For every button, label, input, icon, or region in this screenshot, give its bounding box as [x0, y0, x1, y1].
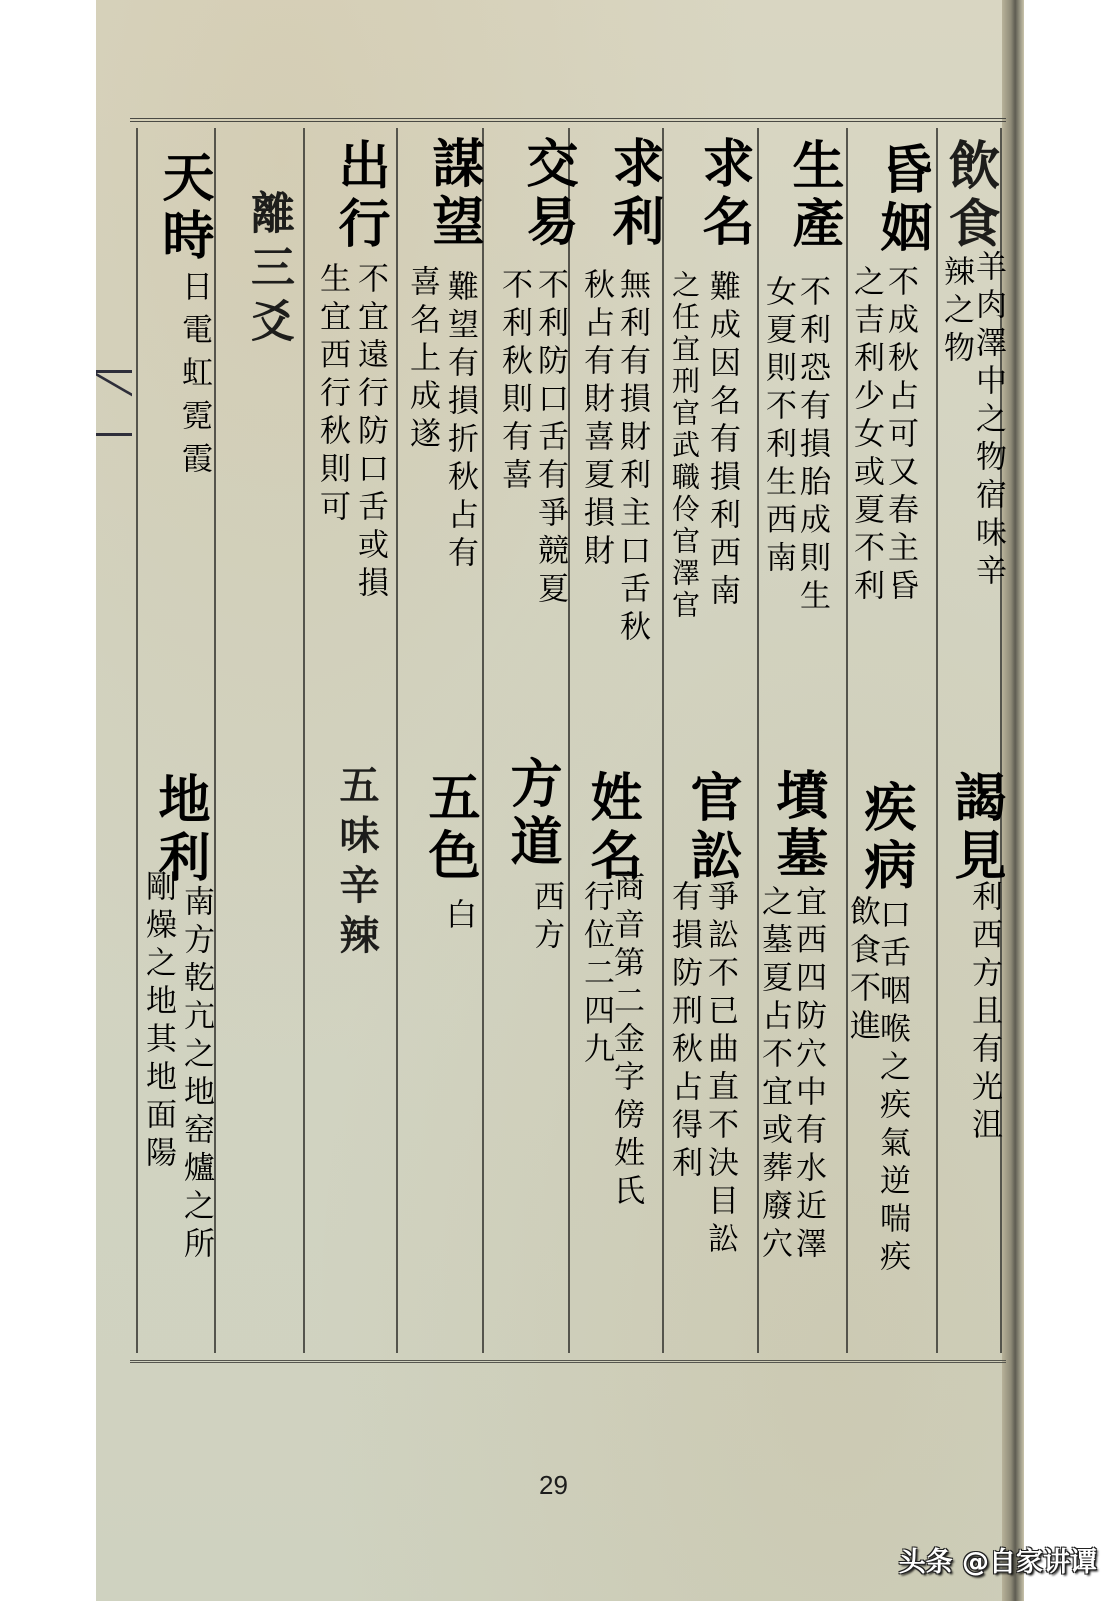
entry-text: 之墓夏占不宜或葬廢穴: [752, 885, 797, 1335]
entry-yinshi: 飲食: [934, 138, 1004, 254]
column-rule: [396, 128, 398, 1353]
section-title-li-san-yao: 離三爻: [236, 190, 300, 352]
entry-text: 喜名上成遂: [400, 265, 445, 545]
entry-text: 女夏則不利生西南: [756, 275, 801, 675]
entry-text: 之吉利少女或夏不利: [844, 265, 889, 685]
entry-text: 辣之物: [934, 255, 979, 455]
entry-heading: 方道: [494, 756, 569, 872]
entry-heading: 謁見: [938, 770, 1013, 886]
entry-text: 不利秋則有喜: [492, 268, 537, 598]
entry-text: 生宜西行秋則可: [310, 262, 355, 622]
entry-wuwei: 五味辛辣: [328, 764, 385, 964]
entry-heading: 謀望: [416, 136, 491, 252]
entry-text: 西方: [524, 880, 569, 980]
entry-text: 飲食不進: [840, 895, 885, 1075]
entry-heading: 昏姻: [864, 142, 939, 258]
entry-text: 利西方且有光沮: [962, 880, 1007, 1300]
page-number: 29: [539, 1470, 568, 1501]
entry-heading: 五色: [412, 770, 487, 886]
entry-text: 之任宜刑官武職伶官澤官: [664, 270, 704, 740]
entry-text: 秋占有財喜夏損財: [574, 268, 619, 688]
entry-heading: 姓名: [574, 770, 649, 886]
entry-heading: 求名: [686, 136, 761, 252]
watermark: 头条 @自家讲谭: [899, 1540, 1097, 1579]
entry-heading: 官訟: [674, 770, 749, 886]
entry-text: 白: [436, 898, 481, 948]
entry-heading: 飲食: [943, 138, 995, 254]
entry-heading: 墳墓: [760, 768, 835, 884]
entry-text: 行位二四九: [574, 880, 619, 1140]
entry-text: 難成因名有損利西南: [700, 270, 745, 740]
entry-heading: 生產: [776, 138, 851, 254]
trigram-mark: [96, 370, 132, 436]
entry-heading: 天時: [146, 150, 221, 266]
column-rule: [303, 128, 305, 1353]
entry-heading: 疾病: [848, 780, 923, 896]
entry-text: 日電虹霓霞: [172, 270, 217, 530]
entry-heading: 交易: [510, 136, 585, 252]
entry-heading: 求利: [596, 136, 671, 252]
entry-heading: 出行: [322, 138, 397, 254]
entry-text: 有損防刑秋占得利: [662, 880, 707, 1220]
entry-text: 剛燥之地其地面陽: [136, 870, 181, 1270]
document-page: 飲食 羊肉澤中之物宿味辛 辣之物 昏姻 不成秋占可又春主昏 之吉利少女或夏不利 …: [96, 0, 1024, 1601]
